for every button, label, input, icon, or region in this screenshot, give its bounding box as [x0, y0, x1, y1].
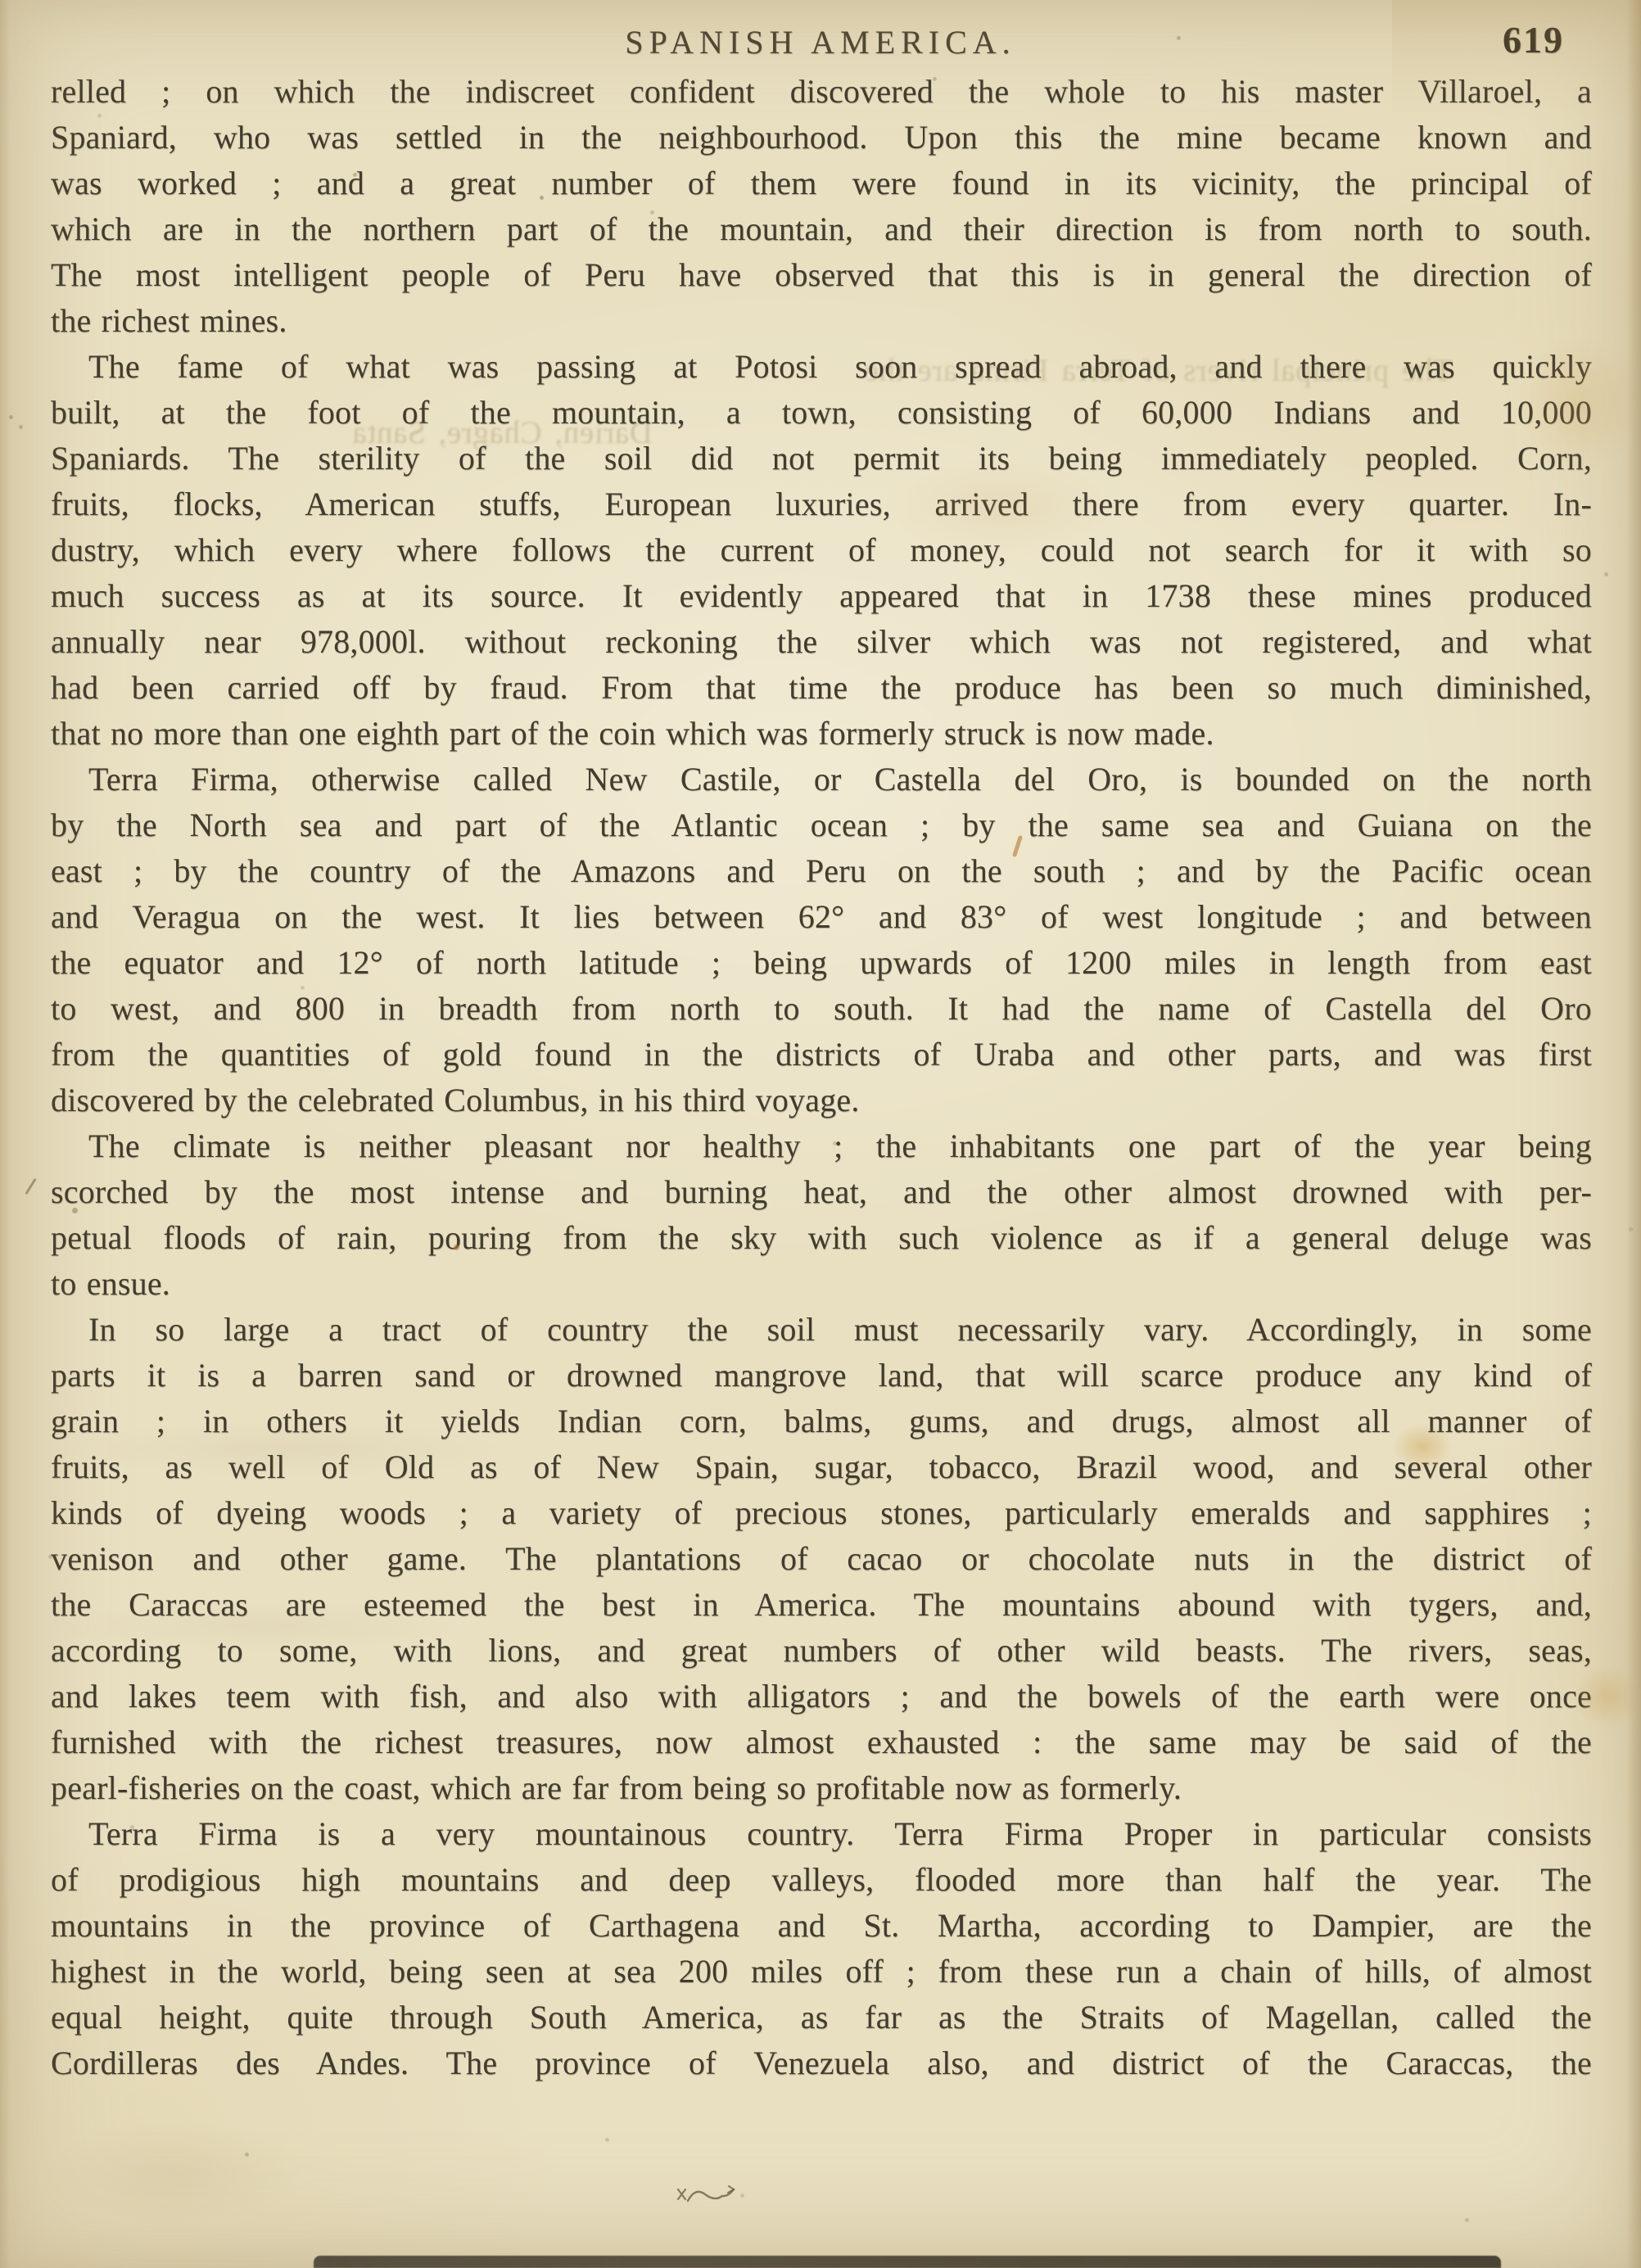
text-line: by the North sea and part of the Atlanti…	[51, 802, 1592, 848]
text-line: the richest mines.	[51, 298, 1592, 344]
text-line: which are in the northern part of the mo…	[51, 206, 1592, 252]
page-number: 619	[1503, 18, 1564, 61]
text-line: relled ; on which the indiscreet confide…	[51, 69, 1592, 115]
text-line: highest in the world, being seen at sea …	[51, 1949, 1592, 1995]
paragraph: The fame of what was passing at Potosi s…	[51, 344, 1592, 757]
text-line: In so large a tract of country the soil …	[51, 1307, 1592, 1353]
text-line: dustry, which every where follows the cu…	[51, 527, 1592, 573]
text-line: venison and other game. The plantations …	[51, 1536, 1592, 1582]
page-edge-shadow	[1626, 0, 1641, 2268]
ink-squiggle	[671, 2181, 737, 2211]
text-line: had been carried off by fraud. From that…	[51, 665, 1592, 711]
text-line: Terra Firma, otherwise called New Castil…	[51, 757, 1592, 802]
running-head-title: SPANISH AMERICA.	[51, 23, 1590, 61]
text-line: was worked ; and a great number of them …	[51, 160, 1592, 206]
text-line: according to some, with lions, and great…	[51, 1628, 1592, 1674]
text-line: The most intelligent people of Peru have…	[51, 252, 1592, 298]
text-line: east ; by the country of the Amazons and…	[51, 848, 1592, 894]
text-line: Spaniards. The sterility of the soil did…	[51, 436, 1592, 481]
text-line: and lakes teem with fish, and also with …	[51, 1674, 1592, 1719]
text-line: Cordilleras des Andes. The province of V…	[51, 2040, 1592, 2086]
text-line: mountains in the province of Carthagena …	[51, 1903, 1592, 1949]
text-line: from the quantities of gold found in the…	[51, 1032, 1592, 1078]
text-line: furnished with the richest treasures, no…	[51, 1719, 1592, 1765]
text-line: the equator and 12° of north latitude ; …	[51, 940, 1592, 986]
text-line: fruits, as well of Old as of New Spain, …	[51, 1444, 1592, 1490]
stain	[41, 2121, 303, 2227]
paragraph: Terra Firma, otherwise called New Castil…	[51, 757, 1592, 1123]
text-line: Spaniard, who was settled in the neighbo…	[51, 115, 1592, 160]
text-line: to ensue.	[51, 1261, 1592, 1307]
paragraph: The climate is neither pleasant nor heal…	[51, 1123, 1592, 1307]
text-line: the Caraccas are esteemed the best in Am…	[51, 1582, 1592, 1628]
text-line: The fame of what was passing at Potosi s…	[51, 344, 1592, 390]
running-head: SPANISH AMERICA. 619	[51, 16, 1590, 69]
text-line: parts it is a barren sand or drowned man…	[51, 1353, 1592, 1398]
text-line: fruits, flocks, American stuffs, Europea…	[51, 481, 1592, 527]
scan-edge-shadow	[314, 2256, 1501, 2268]
text-line: pearl-fisheries on the coast, which are …	[51, 1765, 1592, 1811]
page-text: relled ; on which the indiscreet confide…	[51, 69, 1592, 2086]
text-line: kinds of dyeing woods ; a variety of pre…	[51, 1490, 1592, 1536]
text-line: and Veragua on the west. It lies between…	[51, 894, 1592, 940]
text-line: built, at the foot of the mountain, a to…	[51, 390, 1592, 436]
ink-fleck	[25, 1178, 36, 1195]
paragraph: In so large a tract of country the soil …	[51, 1307, 1592, 1811]
paragraph: Terra Firma is a very mountainous countr…	[51, 1811, 1592, 2086]
text-line: petual floods of rain, pouring from the …	[51, 1215, 1592, 1261]
book-page: SPANISH AMERICA. 619 The principal river…	[0, 0, 1641, 2268]
text-line: equal height, quite through South Americ…	[51, 1995, 1592, 2040]
text-line: The climate is neither pleasant nor heal…	[51, 1123, 1592, 1169]
text-line: much success as at its source. It eviden…	[51, 573, 1592, 619]
page-edge-shadow	[0, 0, 10, 2268]
text-line: Terra Firma is a very mountainous countr…	[51, 1811, 1592, 1857]
text-line: grain ; in others it yields Indian corn,…	[51, 1398, 1592, 1444]
text-line: of prodigious high mountains and deep va…	[51, 1857, 1592, 1903]
text-line: discovered by the celebrated Columbus, i…	[51, 1078, 1592, 1123]
paragraph: relled ; on which the indiscreet confide…	[51, 69, 1592, 344]
text-line: to west, and 800 in breadth from north t…	[51, 986, 1592, 1032]
text-line: scorched by the most intense and burning…	[51, 1169, 1592, 1215]
text-line: that no more than one eighth part of the…	[51, 711, 1592, 757]
text-line: annually near 978,000l. without reckonin…	[51, 619, 1592, 665]
